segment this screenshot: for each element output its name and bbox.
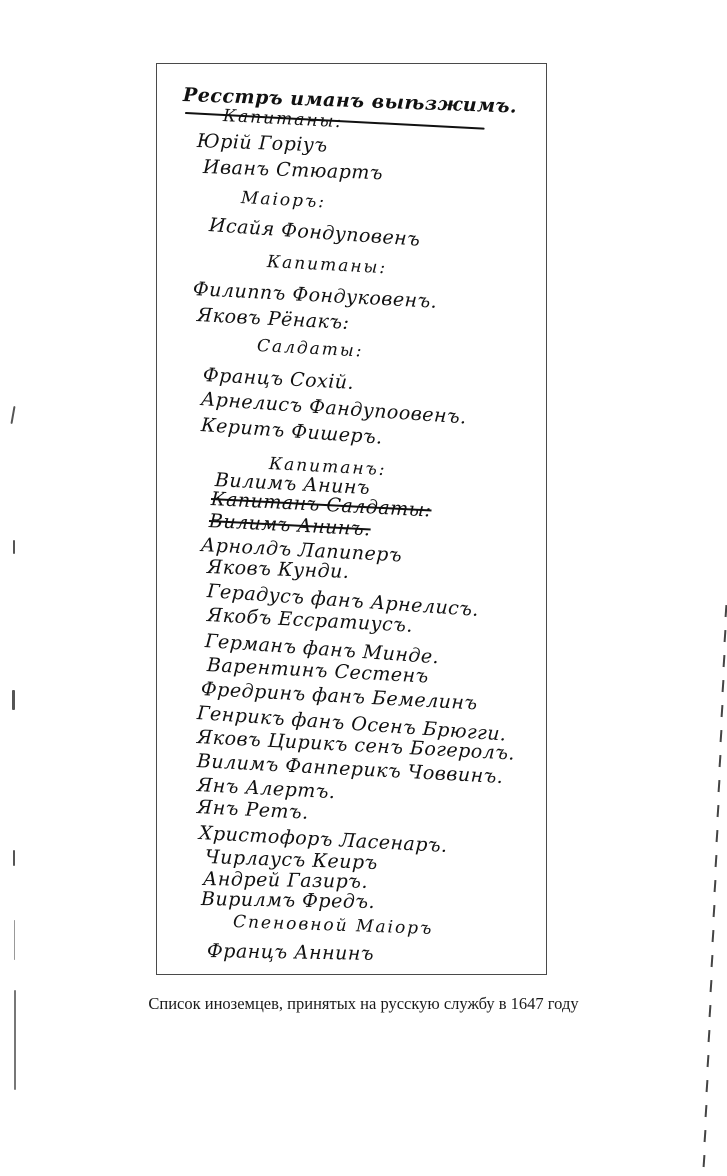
- manuscript-image: Ресстръ иманъ выѣзжимъ. Капитаны: Юрій Г…: [157, 64, 546, 974]
- manuscript-entry: Вирилмъ Фредъ.: [201, 888, 375, 913]
- manuscript-heading: Капитаны:: [266, 252, 387, 278]
- scan-margin-mark: [13, 540, 15, 554]
- scan-margin-mark: [12, 690, 15, 710]
- scan-margin-mark: [10, 406, 15, 424]
- manuscript-figure-frame: Ресстръ иманъ выѣзжимъ. Капитаны: Юрій Г…: [156, 63, 547, 975]
- scan-margin-mark: [14, 920, 15, 960]
- manuscript-entry: Яковъ Рёнакъ:: [196, 304, 350, 334]
- manuscript-entry: Францъ Аннинъ: [207, 940, 374, 965]
- manuscript-entry: Яковъ Кунди.: [207, 556, 350, 583]
- manuscript-heading: Салдаты:: [256, 336, 363, 362]
- manuscript-heading: Маіоръ:: [240, 188, 326, 212]
- figure-caption: Список иноземцев, принятых на русскую сл…: [0, 994, 727, 1014]
- manuscript-heading: Спеновной Маіоръ: [233, 912, 434, 939]
- manuscript-entry: Иванъ Стюартъ: [203, 156, 384, 184]
- manuscript-entry: Юрій Горіуъ: [197, 130, 328, 157]
- manuscript-entry: Исайя Фондуповенъ: [208, 214, 421, 251]
- scan-margin-mark: [13, 850, 15, 866]
- manuscript-entry: Янъ Ретъ.: [196, 796, 309, 824]
